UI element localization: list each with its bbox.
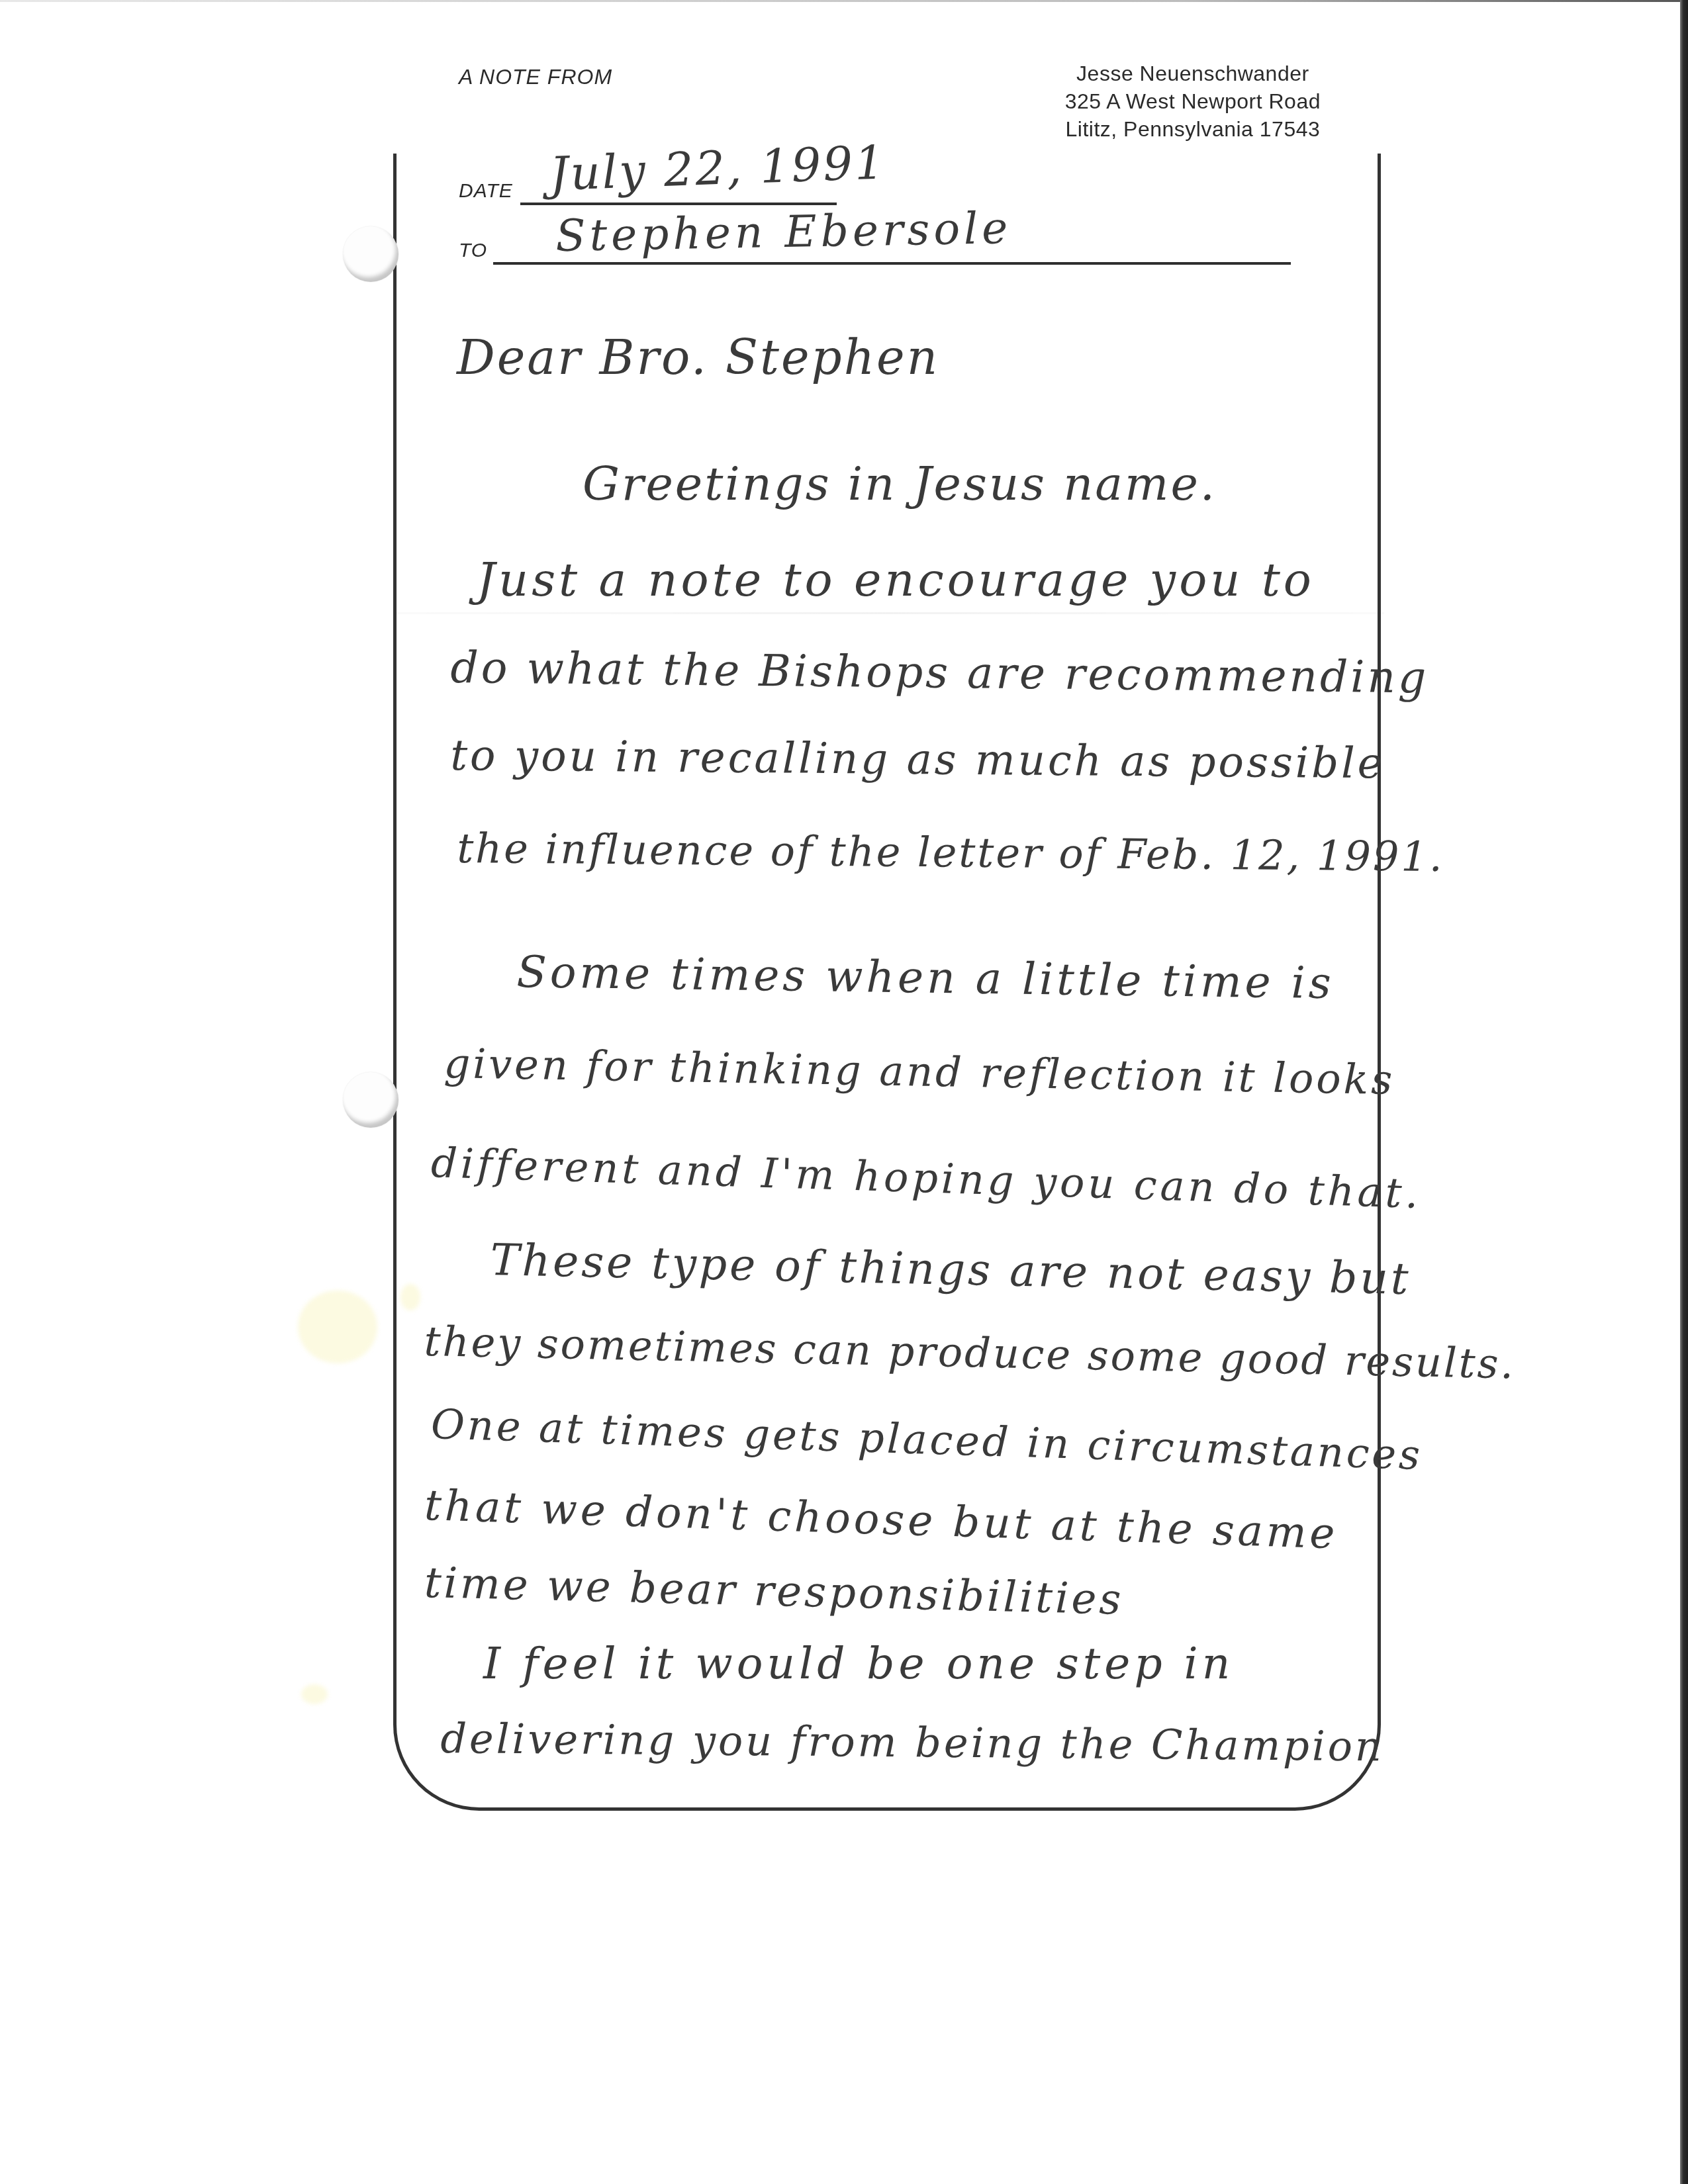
sender-name: Jesse Neuenschwander bbox=[1065, 60, 1321, 87]
sender-city: Lititz, Pennsylvania 17543 bbox=[1065, 115, 1321, 143]
letter-line: Greetings in Jesus name. bbox=[583, 457, 1217, 511]
salutation: Dear Bro. Stephen bbox=[457, 330, 939, 385]
letter-line: do what the Bishops are recommending bbox=[450, 642, 1429, 703]
scan-edge-right bbox=[1680, 0, 1688, 2184]
note-from-label: A NOTE FROM bbox=[459, 65, 612, 89]
letter-line: to you in recalling as much as possible bbox=[450, 731, 1385, 788]
scan-edge-top bbox=[0, 0, 1688, 2]
binder-hole-top bbox=[343, 226, 399, 282]
to-label: TO bbox=[459, 240, 487, 262]
paper-stain bbox=[301, 1684, 328, 1704]
paper-stain bbox=[298, 1291, 377, 1363]
to-underline bbox=[493, 262, 1291, 265]
sender-address-block: Jesse Neuenschwander 325 A West Newport … bbox=[1065, 60, 1321, 143]
letter-line: delivering you from being the Champion bbox=[440, 1714, 1384, 1770]
binder-hole-middle bbox=[343, 1072, 399, 1128]
letter-line: the influence of the letter of Feb. 12, … bbox=[457, 824, 1444, 881]
date-underline bbox=[520, 203, 837, 205]
letter-line: I feel it would be one step in bbox=[483, 1638, 1234, 1689]
recipient-value: Stephen Ebersole bbox=[555, 203, 1012, 261]
date-label: DATE bbox=[459, 180, 513, 203]
letter-line: Just a note to encourage you to bbox=[477, 553, 1315, 607]
sender-street: 325 A West Newport Road bbox=[1065, 87, 1321, 115]
